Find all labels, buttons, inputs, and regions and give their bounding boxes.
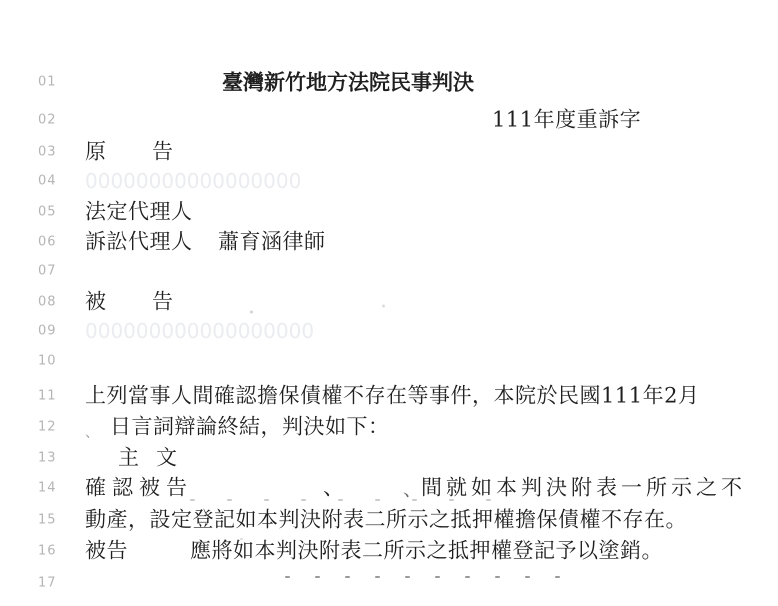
document-line: 02111年度重訴字 [0,105,778,135]
redaction-mark: 、 [403,481,423,500]
text-segment: 間就如本判決附表一所示之不 [421,478,746,499]
document-line: 13主文 [0,443,778,473]
text-segment: 111年度重訴字 [492,110,641,131]
document-line: 11上列當事人間確認擔保債權不存在等事件，本院於民國111年2月 [0,381,778,411]
document-line: 14確認被告、、間就如本判決附表一所示之不 [0,473,778,503]
text-segment: 被告 [85,541,128,562]
line-number: 16 [38,544,57,559]
document-line: 09000000000000000000 [0,316,778,346]
text-segment: 主 [118,448,140,469]
line-number: 10 [38,354,57,369]
text-segment: 臺灣新竹地方法院民事判決 [222,72,474,93]
document-line: 0400000000000000000 [0,166,778,196]
document-line: 17 [0,568,778,598]
line-number: 13 [38,451,57,466]
line-number: 11 [38,389,57,404]
line-number: 06 [38,235,57,250]
text-segment: 被 [85,292,107,313]
redaction-dots [250,311,253,314]
text-segment: 應將如本判決附表二所示之抵押權登記予以塗銷。 [190,541,663,562]
text-segment: 日言詞辯論終結，判決如下： [110,417,390,438]
redacted-text: 00000000000000000 [85,171,301,191]
document-line: 07 [0,256,778,286]
text-segment: 告 [152,142,174,163]
line-number: 15 [38,513,57,528]
line-number: 08 [38,295,57,310]
line-number: 01 [38,75,57,90]
line-number: 09 [38,324,57,339]
line-number: 05 [38,205,57,220]
text-segment: 法定代理人 [85,202,193,223]
line-number: 04 [38,174,57,189]
document-line: 10 [0,346,778,376]
redaction-mark: 、 [85,426,100,440]
line-number: 03 [38,145,57,160]
line-number: 12 [38,420,57,435]
text-segment: 訴訟代理人 [85,232,193,253]
text-segment: 動產，設定登記如本判決附表二所示之抵押權擔保債權不存在。 [85,510,687,531]
document-line: 06訴訟代理人蕭育涵律師 [0,227,778,257]
redacted-text: 000000000000000000 [85,321,314,341]
document-line: 08被告 [0,287,778,317]
text-segment: 原 [85,142,107,163]
text-segment: 文 [156,448,178,469]
redaction-dots [285,576,560,578]
document-line: 15動產，設定登記如本判決附表二所示之抵押權擔保債權不存在。 [0,505,778,535]
document-line: 05法定代理人 [0,197,778,227]
redaction-dots [382,305,385,308]
text-segment: 確認被告 [85,478,193,499]
document-line: 01臺灣新竹地方法院民事判決 [0,67,778,97]
document-line: 16被告應將如本判決附表二所示之抵押權登記予以塗銷。 [0,536,778,566]
text-segment: 告 [152,292,174,313]
document-line: 12、日言詞辯論終結，判決如下： [0,412,778,442]
judgment-document-page: 01臺灣新竹地方法院民事判決02111年度重訴字03原告040000000000… [0,0,778,606]
line-number: 02 [38,113,57,128]
line-number: 07 [38,264,57,279]
text-segment: 蕭育涵律師 [218,232,326,253]
document-line: 03原告 [0,137,778,167]
text-segment: 上列當事人間確認擔保債權不存在等事件，本院於民國111年2月 [85,386,699,407]
line-number: 17 [38,576,57,591]
line-number: 14 [38,481,57,496]
text-segment: 、 [323,478,345,499]
